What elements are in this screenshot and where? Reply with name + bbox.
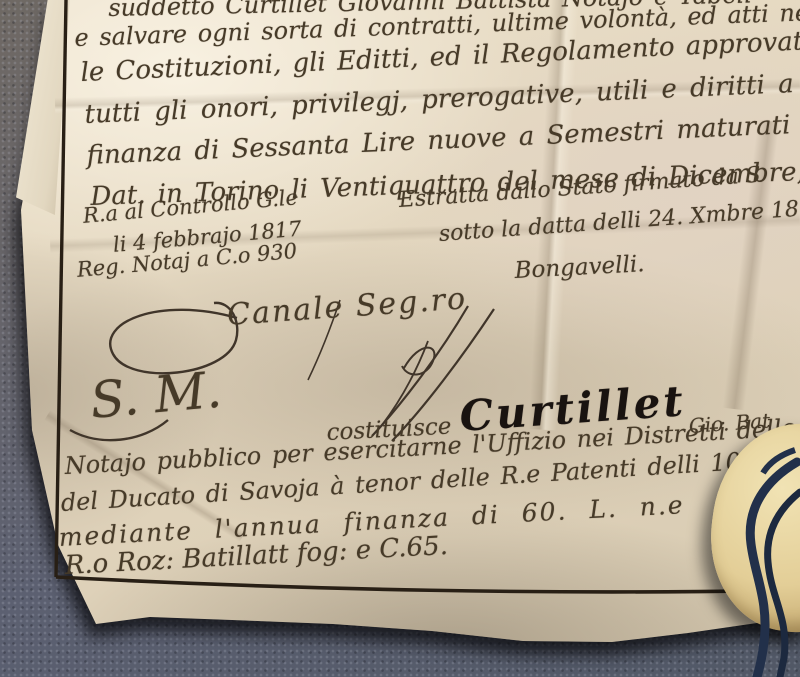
photo-of-manuscript: suddetto Curtillet Giovanni Battista Not…: [0, 0, 800, 677]
royal-initials: S. M.: [88, 361, 224, 430]
